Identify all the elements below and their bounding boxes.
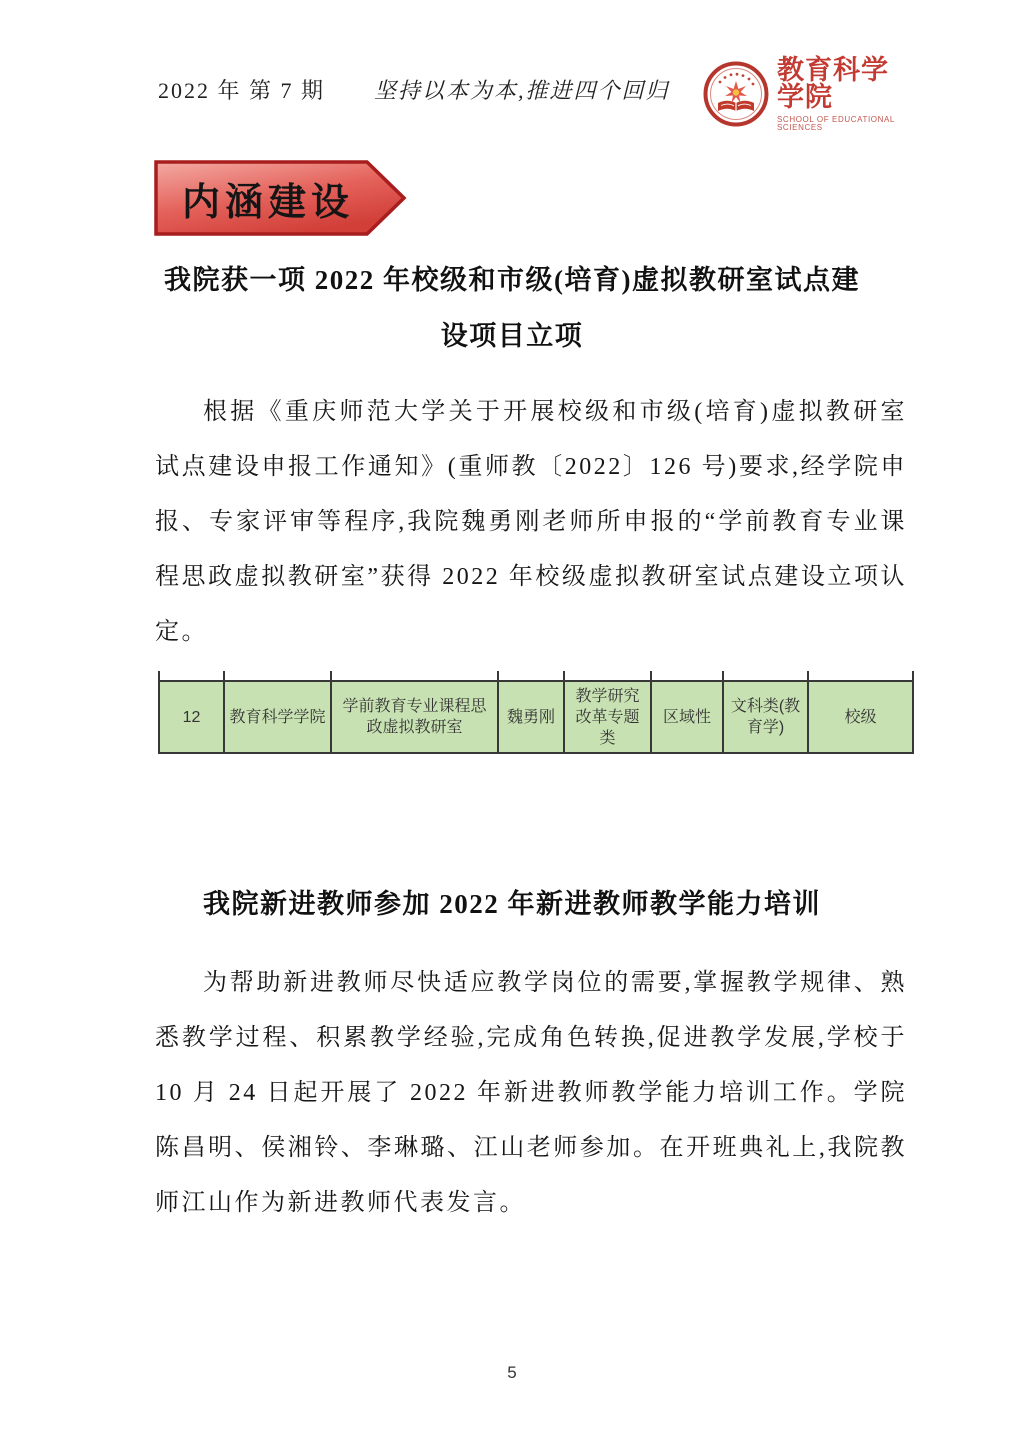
banner-label: 内涵建设 [168, 159, 368, 237]
cell-category: 教学研究改革专题类 [564, 681, 651, 753]
cell-college: 教育科学学院 [224, 681, 331, 753]
cell-project: 学前教育专业课程思政虚拟教研室 [331, 681, 498, 753]
award-table: 12 教育科学学院 学前教育专业课程思政虚拟教研室 魏勇刚 教学研究改革专题类 … [158, 671, 914, 754]
page-number: 5 [0, 1363, 1024, 1383]
table-cropped-row [159, 671, 913, 681]
issue-label: 2022 年 第 7 期 [158, 74, 325, 105]
newsletter-page: 2022 年 第 7 期 坚持以本为本,推进四个回归 教育科学学院 SCHOOL… [0, 0, 1024, 1448]
section-banner: 内涵建设 [154, 159, 408, 237]
cell-scope: 区域性 [651, 681, 723, 753]
article2-body: 为帮助新进教师尽快适应教学岗位的需要,掌握教学规律、熟悉教学过程、积累教学经验,… [155, 956, 907, 1231]
cell-leader: 魏勇刚 [498, 681, 564, 753]
logo-name-cn: 教育科学学院 [777, 57, 908, 111]
article1-body: 根据《重庆师范大学关于开展校级和市级(培育)虚拟教研室试点建设申报工作通知》(重… [155, 385, 907, 660]
table-row: 12 教育科学学院 学前教育专业课程思政虚拟教研室 魏勇刚 教学研究改革专题类 … [159, 681, 913, 753]
cell-level: 校级 [808, 681, 913, 753]
article1-title-line2: 设项目立项 [0, 308, 1024, 364]
article2-title: 我院新进教师参加 2022 年新进教师教学能力培训 [0, 876, 1024, 932]
article1-title: 我院获一项 2022 年校级和市级(培育)虚拟教研室试点建 设项目立项 [0, 252, 1024, 364]
article1-title-line1: 我院获一项 2022 年校级和市级(培育)虚拟教研室试点建 [0, 252, 1024, 308]
school-seal-icon [703, 61, 769, 127]
logo-names: 教育科学学院 SCHOOL OF EDUCATIONAL SCIENCES [777, 57, 908, 132]
cell-discipline: 文科类(教育学) [723, 681, 808, 753]
header-slogan: 坚持以本为本,推进四个回归 [374, 74, 670, 105]
logo-name-en: SCHOOL OF EDUCATIONAL SCIENCES [777, 116, 908, 132]
school-logo: 教育科学学院 SCHOOL OF EDUCATIONAL SCIENCES [703, 58, 908, 130]
cell-number: 12 [159, 681, 224, 753]
